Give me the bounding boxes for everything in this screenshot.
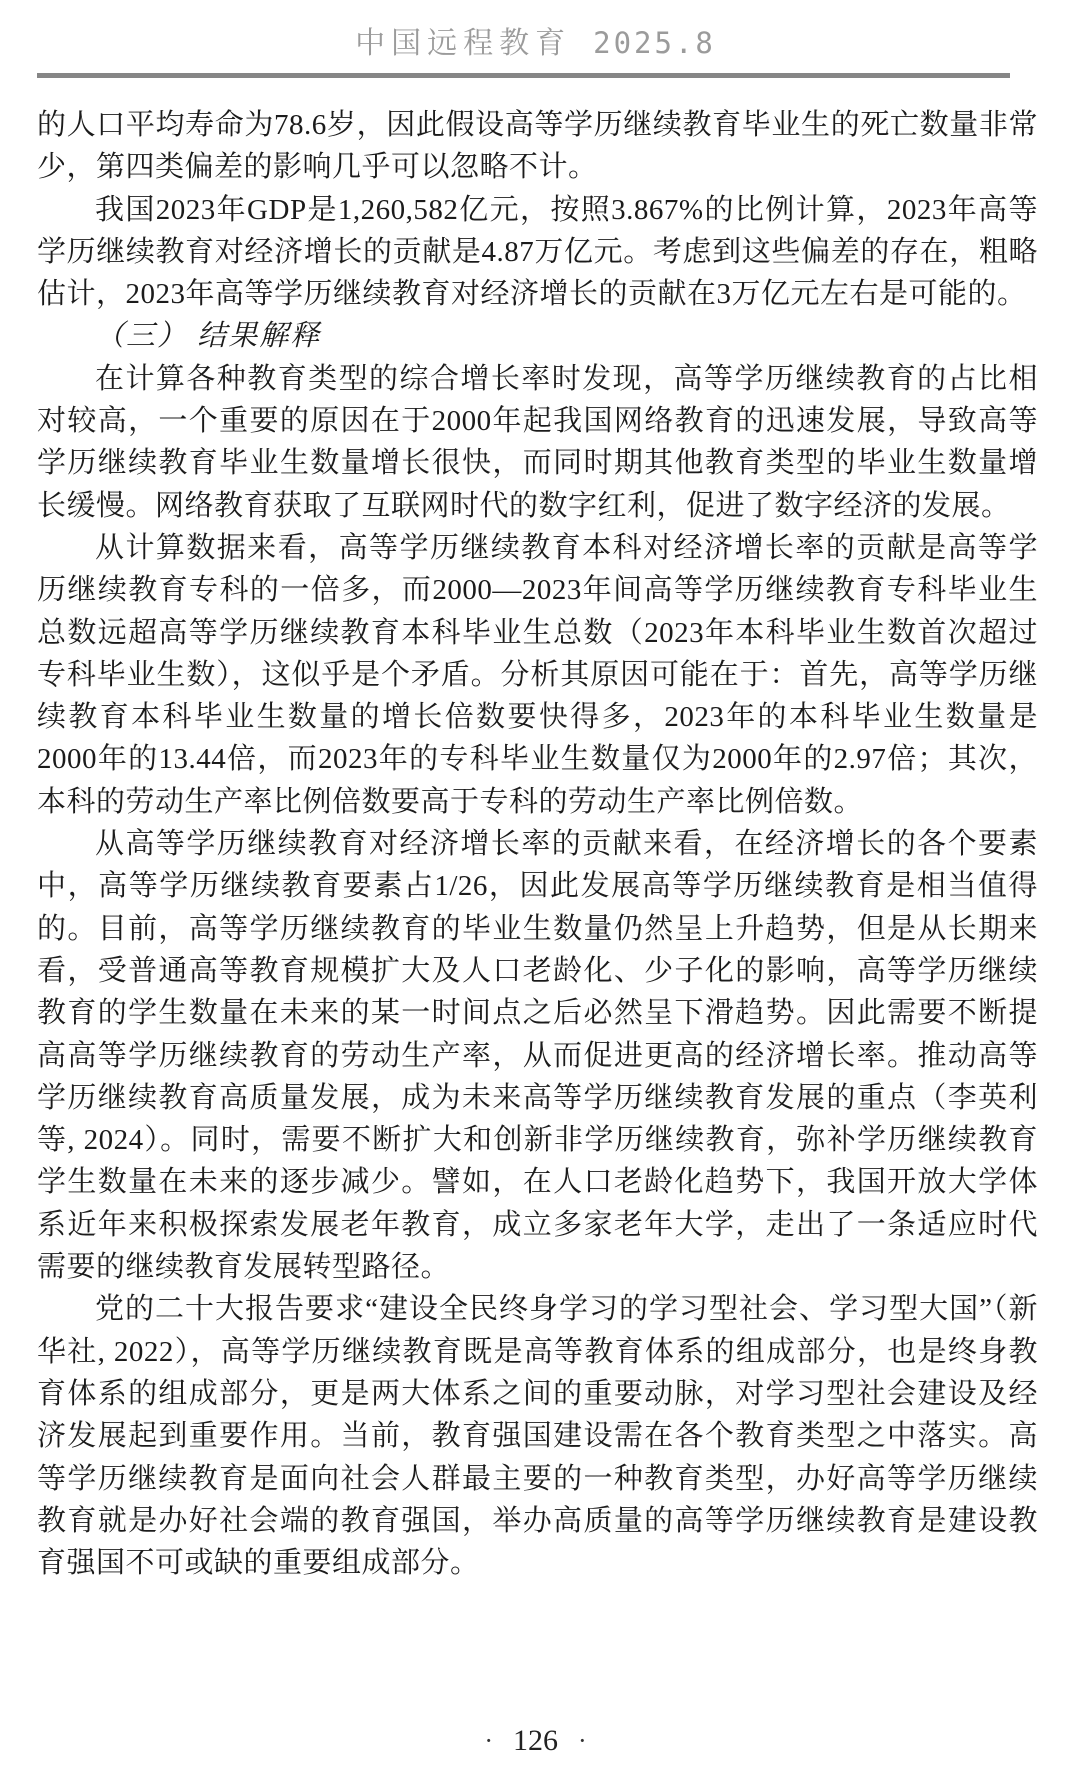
journal-title: 中国远程教育 — [355, 18, 571, 62]
paragraph-party-congress-conclusion: 党的二十大报告要求“建设全民终身学习的学习型社会、学习型大国”（新华社, 202… — [37, 1288, 1038, 1584]
journal-page: 中国远程教育 2025.8 的人口平均寿命为78.6岁，因此假设高等学历继续教育… — [0, 0, 1071, 1780]
page-header: 中国远程教育 2025.8 — [0, 18, 1071, 62]
paragraph-growth-rate-finding: 在计算各种教育类型的综合增长率时发现，高等学历继续教育的占比相对较高，一个重要的… — [37, 358, 1038, 527]
header-divider — [37, 73, 1010, 78]
paragraph-continuation: 的人口平均寿命为78.6岁，因此假设高等学历继续教育毕业生的死亡数量非常少，第四… — [37, 104, 1038, 189]
section-heading-result-interpretation: （三） 结果解释 — [37, 315, 1038, 357]
footer-dot-left: · — [484, 1726, 493, 1756]
paragraph-gdp-estimate: 我国2023年GDP是1,260,582亿元，按照3.867%的比例计算，202… — [37, 189, 1038, 316]
page-number: 126 — [513, 1724, 558, 1758]
journal-issue: 2025.8 — [593, 26, 716, 60]
paragraph-benke-zhuanke-comparison: 从计算数据来看，高等学历继续教育本科对经济增长率的贡献是高等学历继续教育专科的一… — [37, 527, 1038, 823]
article-body: 的人口平均寿命为78.6岁，因此假设高等学历继续教育毕业生的死亡数量非常少，第四… — [37, 104, 1038, 1584]
page-footer: · 126 · — [0, 1724, 1071, 1758]
footer-dot-right: · — [578, 1726, 587, 1756]
paragraph-contribution-outlook: 从高等学历继续教育对经济增长率的贡献来看，在经济增长的各个要素中，高等学历继续教… — [37, 823, 1038, 1288]
